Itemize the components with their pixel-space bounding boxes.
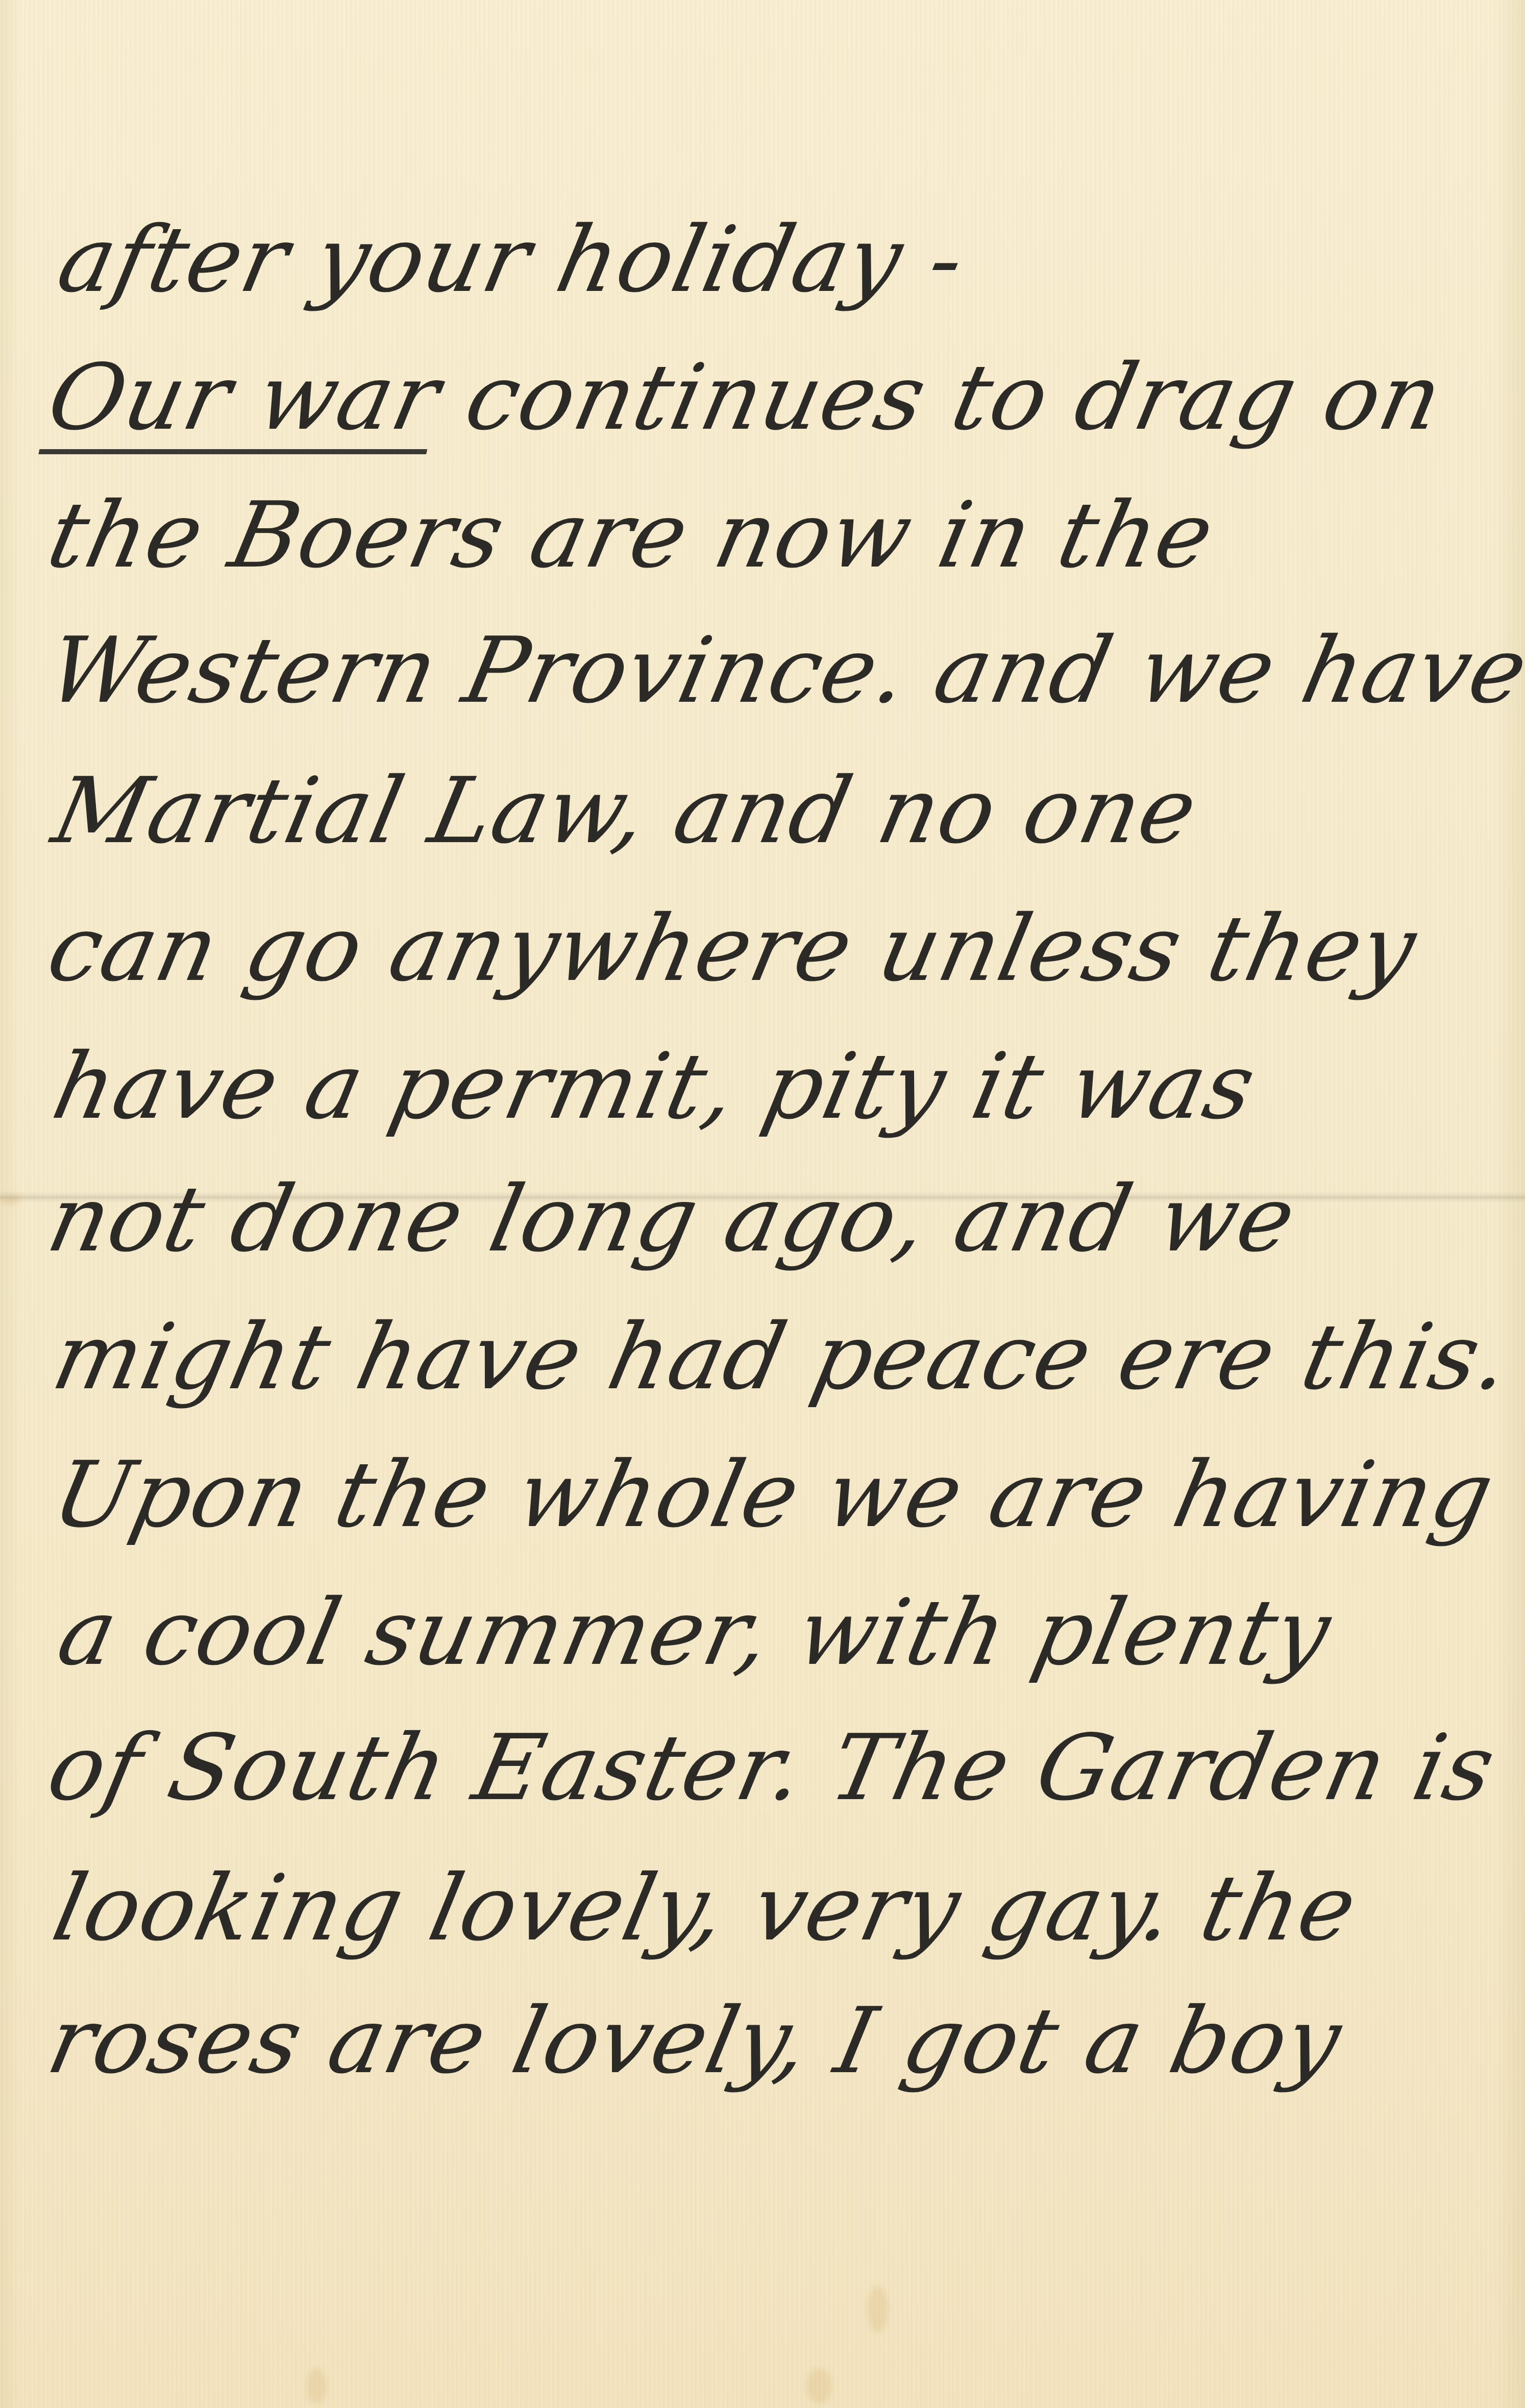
foxing-stain <box>306 2368 327 2404</box>
letter-line-4: Western Province. and we have <box>41 625 1525 716</box>
line-text: roses are lovely, I got a boy <box>39 1988 1350 2094</box>
line-text: a cool summer, with plenty <box>50 1580 1340 1685</box>
underlined-phrase: Our war <box>39 345 450 450</box>
letter-line-8: not done long ago, and we <box>41 1174 1303 1265</box>
line-text: looking lovely, very gay. the <box>44 1855 1366 1961</box>
foxing-stain <box>868 2287 888 2332</box>
foxing-stain <box>0 1194 20 1205</box>
letter-line-3: the Boers are now in the <box>41 490 1222 581</box>
line-text: after your holiday - <box>50 207 974 312</box>
line-text: of South Easter. The Garden is <box>39 1715 1505 1821</box>
foxing-stain <box>806 2368 832 2404</box>
line-text: continues to drag on <box>427 345 1452 450</box>
line-text: not done long ago, and we <box>39 1166 1305 1272</box>
letter-line-10: Upon the whole we are having <box>46 1449 1502 1540</box>
letter-line-6: can go anywhere unless they <box>41 903 1424 994</box>
line-text: Upon the whole we are having <box>44 1442 1503 1547</box>
line-text: the Boers are now in the <box>39 482 1223 588</box>
letter-line-11: a cool summer, with plenty <box>51 1587 1339 1678</box>
letter-line-2: Our war continues to drag on <box>41 352 1450 443</box>
letter-line-13: looking lovely, very gay. the <box>46 1863 1365 1954</box>
letter-line-1: after your holiday - <box>51 214 972 305</box>
line-text: can go anywhere unless they <box>39 896 1425 1001</box>
line-text: might have had peace ere this. <box>44 1304 1520 1410</box>
line-text: Western Province. and we have <box>39 618 1525 723</box>
letter-page: after your holiday - Our war continues t… <box>0 0 1525 2408</box>
letter-line-7: have a permit, pity it was <box>46 1041 1263 1132</box>
line-text: have a permit, pity it was <box>44 1034 1265 1139</box>
letter-line-5: Martial Law, and no one <box>46 766 1205 856</box>
letter-line-12: of South Easter. The Garden is <box>41 1723 1503 1813</box>
line-text: Martial Law, and no one <box>44 758 1207 864</box>
letter-line-9: might have had peace ere this. <box>46 1312 1518 1403</box>
letter-line-14: roses are lovely, I got a boy <box>41 1996 1349 2086</box>
